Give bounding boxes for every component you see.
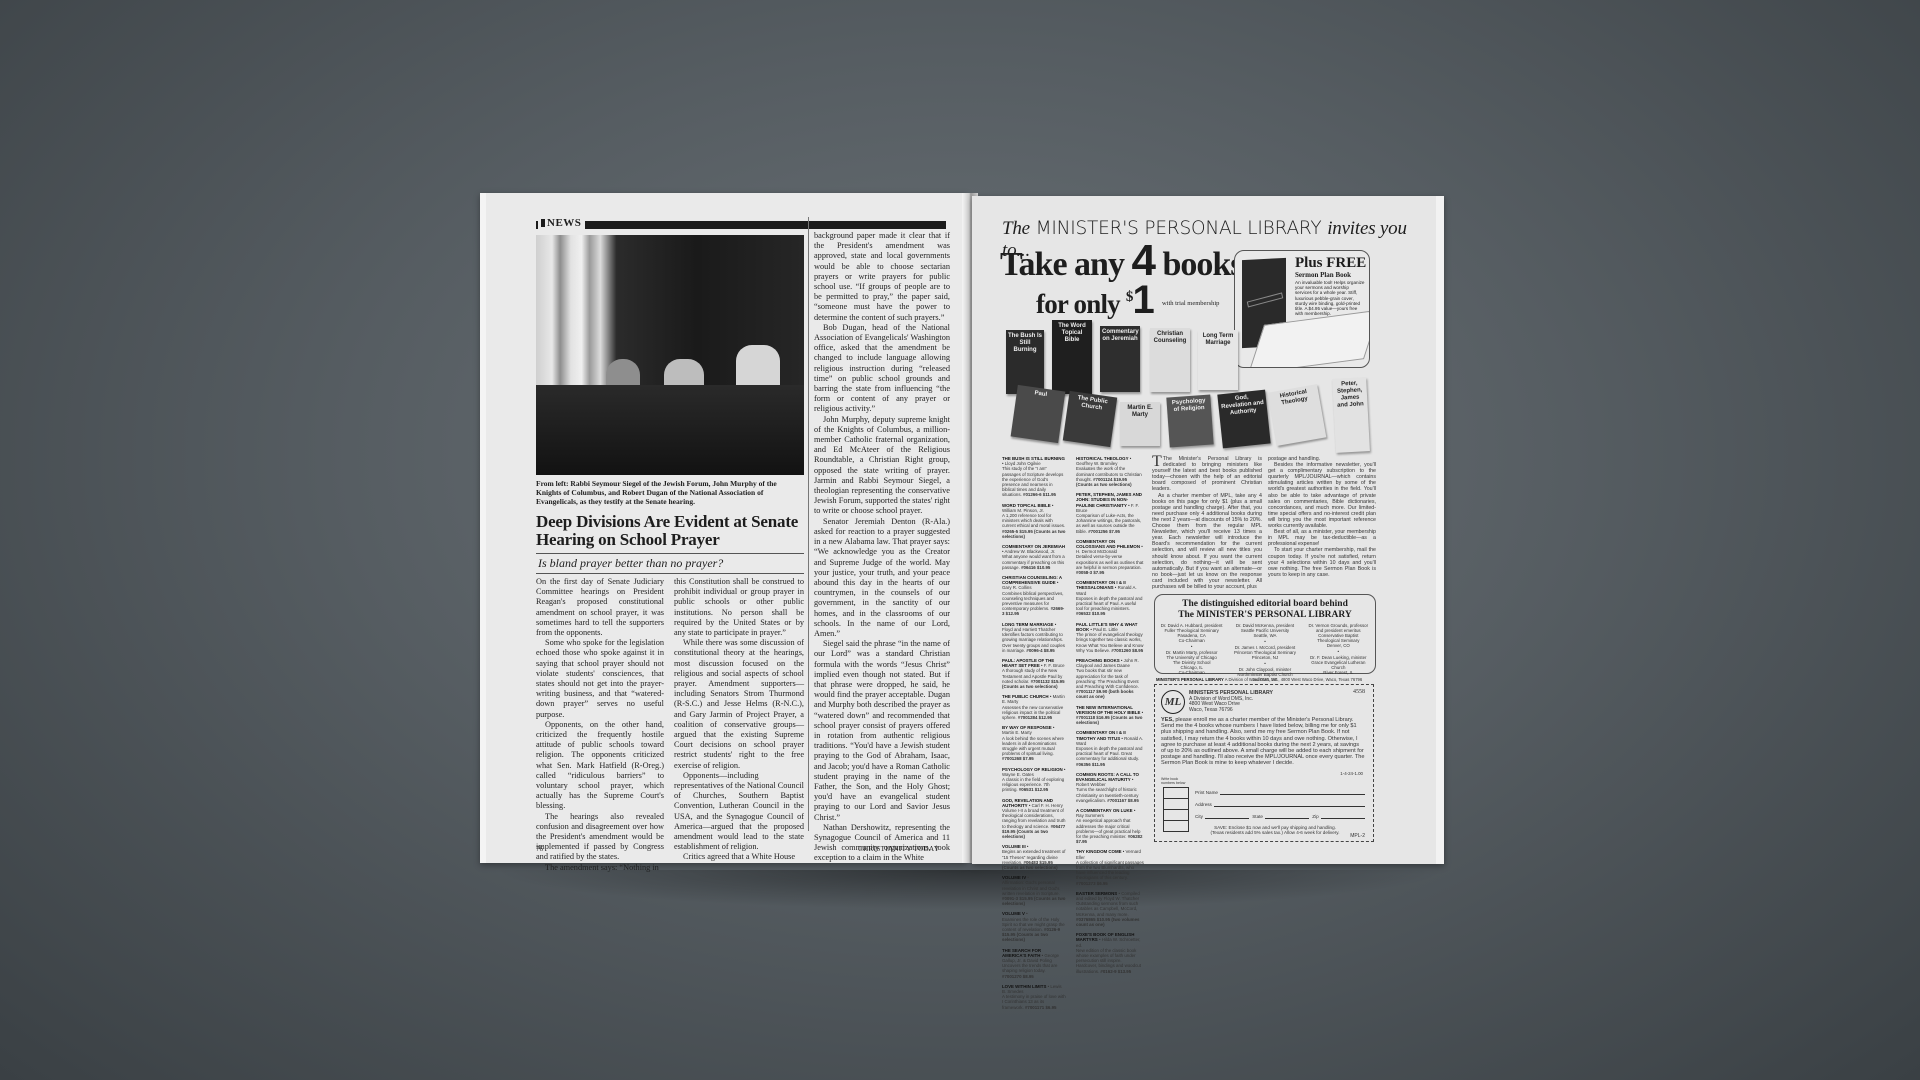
board-member: Dr. David A. Hubbard, president Fuller T… [1159, 623, 1225, 643]
separator: • [1305, 649, 1371, 654]
book-list-item: Volume III • Begins an extended treatmen… [1002, 844, 1066, 870]
book-description: A 1,200 reference tool for ministers whi… [1002, 513, 1065, 528]
book-number: #7001268 $7.95 [1002, 756, 1034, 761]
board-column: Dr. Vernon Grounds, professor and presid… [1305, 623, 1371, 682]
book-cover: The Bush Is Still Burning [1006, 330, 1044, 394]
book-number: #06416 $10.95 [1021, 565, 1050, 570]
coupon-terms: YES, please enroll me as a charter membe… [1161, 717, 1365, 767]
book-description: Uncovers the trends that are shaping rel… [1002, 963, 1057, 973]
field-label: Zip [1312, 814, 1318, 819]
board-member: Dr. F. Dean Lueking, minister Grace Evan… [1305, 655, 1371, 675]
separator: • [1232, 639, 1298, 644]
paragraph: Nathan Dershowitz, representing the Syna… [814, 823, 950, 864]
book-list-item: Paul: Apostle of the Heart Set Free • F.… [1002, 658, 1066, 689]
book-number: #0058-3 $7.95 [1076, 570, 1104, 575]
order-coupon[interactable]: ML MINISTER'S PERSONAL LIBRARY A Divisio… [1154, 684, 1374, 842]
magazine-name: CHRISTIANITY TODAY [858, 845, 939, 853]
paragraph: On the first day of Senate Judiciary Com… [536, 577, 664, 638]
board-member: Dr. Martin Marty, professor The Universi… [1159, 650, 1225, 675]
ad-header-the: The [1002, 218, 1030, 239]
coupon-small-code: 1-4-24-1.00 [1340, 771, 1363, 776]
book-list-item: Common Roots: A Call to Evangelical Matu… [1076, 772, 1144, 803]
coupon-org-block: MINISTER'S PERSONAL LIBRARY A Division o… [1189, 691, 1273, 713]
hearing-table [536, 385, 804, 475]
address-input-line[interactable] [1214, 801, 1365, 807]
article-headline: Deep Divisions Are Evident at Senate Hea… [536, 513, 804, 549]
hearing-photo [536, 235, 804, 475]
book-list-item: Long Term Marriage • Floyd and Harriett … [1002, 622, 1066, 653]
board-column: Dr. David A. Hubbard, president Fuller T… [1159, 623, 1225, 682]
book-list-item: A Commentary on Luke • Ray SummersAn exe… [1076, 808, 1144, 844]
article-deck: Is bland prayer better than no prayer? [538, 556, 804, 571]
book-number: #7001260 $8.95 [1111, 648, 1143, 653]
paragraph: The hearings also revealed confusion and… [536, 812, 664, 863]
offer-text: books [1162, 246, 1242, 283]
paragraph: Some who spoke for the legislation echoe… [536, 638, 664, 720]
book-numbers-label: Write book numbers below [1161, 777, 1187, 785]
paragraph: John Murphy, deputy supreme knight of th… [814, 415, 950, 517]
book-title: Common Roots: A Call to Evangelical Matu… [1076, 772, 1139, 782]
right-page-advertisement: The MINISTER'S PERSONAL LIBRARY invites … [972, 196, 1444, 864]
board-members: Dr. David A. Hubbard, president Fuller T… [1155, 623, 1375, 682]
coupon-org-line: Waco, Texas 76796 [1189, 707, 1233, 713]
book-number: #0096-4 $8.95 [1026, 648, 1054, 653]
book-description: Detailed verse-by-verse expositions as w… [1076, 554, 1143, 569]
paragraph: While there was some discussion of const… [674, 638, 804, 771]
book-title: The Search for America's Faith [1002, 948, 1041, 958]
book-title: Commentary on Colossians and Philemon [1076, 539, 1140, 549]
book-cover: Martin E. Marty [1120, 402, 1160, 446]
paragraph: Siegel said the phrase “in the name of o… [814, 639, 950, 823]
form-id: MPL-2 [1350, 833, 1365, 839]
deck-rule-bottom [536, 573, 804, 574]
book-number: #0265-5 $15.95 (Counts as two selections… [1002, 529, 1065, 539]
book-list-item: Christian Counseling: A Comprehensive Gu… [1002, 575, 1066, 617]
book-number: #06356 $11.95 [1076, 762, 1105, 767]
board-member: Dr. James I. McCord, president Princeton… [1232, 645, 1298, 660]
separator: • [1232, 661, 1298, 666]
magazine-shadow [490, 870, 1450, 910]
book-description: Outstanding sermons from such notables a… [1076, 901, 1138, 916]
coupon-terms-text: please enroll me as a charter member of … [1161, 717, 1365, 766]
book-title: Christian Counseling: A Comprehensive Gu… [1002, 575, 1062, 585]
book-cover: Historical Theology [1268, 384, 1327, 446]
book-list-item: Thy Kingdom Come • Vernard EllerA collec… [1076, 849, 1144, 885]
free-subtitle: Sermon Plan Book [1295, 271, 1351, 279]
paragraph: background paper made it clear that if t… [814, 231, 950, 323]
state-input-line[interactable] [1265, 813, 1309, 819]
paragraph: Bob Dugan, head of the National Associat… [814, 323, 950, 415]
section-rule [536, 221, 946, 229]
book-number: #7001117 $9.90 (both books count as one) [1076, 689, 1134, 699]
membership-intro-column-2: postage and handling. Besides the inform… [1268, 456, 1376, 578]
book-list-item: Word Topical Bible • William M. Pinson, … [1002, 503, 1066, 539]
book-list-item: Volume V • Examines the role of the Holy… [1002, 911, 1066, 942]
book-cover: Paul [1011, 385, 1066, 443]
book-list-item: Preaching Books • John R. Claypool and J… [1076, 658, 1144, 700]
book-number: #7001167 $8.95 [1107, 798, 1139, 803]
coupon-code-number: 4558 [1353, 689, 1365, 695]
book-list-item: God, Revelation and Authority • Carl F. … [1002, 798, 1066, 840]
paragraph: The amendment says: “Nothing in [536, 863, 664, 873]
book-title: Commentary on I & II Timothy and Titus [1076, 730, 1126, 740]
book-list-item: By Way of Response • Martin E. MartyA lo… [1002, 725, 1066, 761]
field-label: City [1195, 814, 1203, 819]
offer-headline: Take any 4 books [1000, 244, 1243, 282]
publisher-address-line: MINISTER'S PERSONAL LIBRARY A Division o… [1156, 677, 1362, 682]
book-title: The New International Version of the Hol… [1076, 705, 1140, 715]
book-description: Two books that stir new appreciation for… [1076, 668, 1139, 689]
ml-logo-icon: ML [1161, 690, 1185, 714]
paragraph: Opponents—including representatives of t… [674, 771, 804, 853]
publisher-address: A Division of Word DMS, Inc., 4800 West … [1225, 677, 1362, 682]
paragraph: Best of all, as a minister, your members… [1268, 529, 1376, 547]
publisher-name: MINISTER'S PERSONAL LIBRARY [1156, 677, 1224, 682]
book-number-boxes [1163, 787, 1189, 831]
paragraph-text: The Minister's Personal Library is dedic… [1152, 456, 1262, 492]
book-cover: Christian Counseling [1150, 328, 1190, 392]
book-list-item: Historical Theology • Geoffrey W. Bromil… [1076, 456, 1144, 487]
book-list-item: Love Within Limits • Lewis B. SmedesA te… [1002, 984, 1066, 1010]
column-rule [808, 217, 809, 831]
article-column-1: On the first day of Senate Judiciary Com… [536, 577, 664, 873]
book-number: #0376865 $10.95 (two volumes count as on… [1076, 917, 1139, 927]
book-covers-display: The Bush Is Still Burning The Word Topic… [1002, 316, 1402, 456]
board-title: The distinguished editorial board behind… [1155, 599, 1375, 620]
free-description: An invaluable tool! Helps organize your … [1295, 280, 1365, 316]
article-column-3: background paper made it clear that if t… [814, 231, 950, 864]
dollar-sign: $ [1126, 289, 1133, 305]
separator: • [1159, 644, 1225, 649]
save-note: SAVE: Enclose $1 now and we'll pay shipp… [1195, 825, 1355, 836]
paragraph: TThe Minister's Personal Library is dedi… [1152, 456, 1262, 493]
book-list-item: Volume IV • Affirmation: God's personal … [1002, 875, 1066, 906]
paragraph: To start your charter membership, mail t… [1268, 547, 1376, 577]
book-description: A collection of significant passages fro… [1076, 860, 1144, 881]
book-number: #7001284 $12.95 [1018, 715, 1052, 720]
book-description: A look behind the scenes where leaders i… [1002, 736, 1064, 757]
photo-caption: From left: Rabbi Seymour Siegel of the J… [536, 479, 804, 506]
book-cover: Peter, Stephen, James and John [1332, 377, 1370, 453]
book-number: #7001273 $6.95 [1076, 881, 1108, 886]
field-label: Print Name [1195, 790, 1218, 795]
field-label: State [1252, 814, 1263, 819]
book-cover: God, Revelation and Authority [1217, 390, 1270, 449]
city-input-line[interactable] [1205, 813, 1249, 819]
book-description: Exposes in depth the pastoral and practi… [1076, 746, 1142, 761]
paragraph: Senator Jeremiah Denton (R-Ala.) asked f… [814, 517, 950, 639]
book-list-item: The Bush Is Still Burning • Lloyd John O… [1002, 456, 1066, 498]
city-state-zip-field[interactable]: City State Zip [1195, 813, 1365, 819]
offer-note: with trial membership [1162, 300, 1219, 307]
field-label: Address [1195, 802, 1212, 807]
membership-intro-column-1: TThe Minister's Personal Library is dedi… [1152, 456, 1262, 590]
book-number: #7001270 $8.95 [1002, 974, 1034, 979]
free-title: Plus FREE [1295, 255, 1366, 272]
book-list-item: Commentary on I & II Thessalonians • Ron… [1076, 580, 1144, 616]
paragraph: this Constitution shall be construed to … [674, 577, 804, 638]
editorial-board-box: The distinguished editorial board behind… [1154, 594, 1376, 674]
paragraph: Besides the informative newsletter, you'… [1268, 462, 1376, 529]
board-member: Dr. David McKenna, president Seattle Pac… [1232, 623, 1298, 638]
book-number: #7001118 $16.95 (Counts as two selection… [1076, 715, 1142, 725]
drop-cap: T [1152, 456, 1162, 468]
book-list-column-2: Historical Theology • Geoffrey W. Bromil… [1076, 456, 1144, 979]
book-description: Affirmation: God's personal revelation i… [1002, 880, 1060, 895]
zip-input-line[interactable] [1321, 813, 1365, 819]
coupon-yes: YES, [1161, 717, 1174, 723]
book-list-item: Easter Sermons • Compiled and edited by … [1076, 891, 1144, 927]
book-list-item: Peter, Stephen, James and John: Studies … [1076, 492, 1144, 534]
book-number: #7001256 $7.95 [1088, 529, 1120, 534]
book-number: #06532 $10.95 [1076, 611, 1105, 616]
book-number: #0162-9 $13.95 [1100, 969, 1131, 974]
left-page: NEWS From left: Rabbi Seymour Siegel of … [480, 193, 967, 863]
print-name-field[interactable]: Print Name [1195, 789, 1365, 795]
article-column-2: this Constitution shall be construed to … [674, 577, 804, 863]
offer-text: for only [1036, 289, 1120, 319]
book-list-item: The New International Version of the Hol… [1076, 705, 1144, 726]
book-list-item: The Public Church • Martin E. MartyAsses… [1002, 694, 1066, 720]
book-number: #06531 $12.95 [1019, 787, 1048, 792]
ad-header-name: MINISTER'S PERSONAL LIBRARY [1036, 218, 1322, 239]
save-line: (Texas residents add 5% sales tax.) Allo… [1195, 830, 1355, 835]
book-list-item: Psychology of Religion • Wayne E. OatesA… [1002, 767, 1066, 793]
board-member: Dr. Vernon Grounds, professor and presid… [1305, 623, 1371, 648]
book-number: #0091-3 $15.95 (Counts as two selections… [1002, 896, 1065, 906]
paragraph: As a charter member of MPL, take any 4 b… [1152, 493, 1262, 591]
book-list-item: Paul Little's Why & What Book • Paul E. … [1076, 622, 1144, 653]
book-cover: The Public Church [1063, 391, 1117, 447]
book-number: #7001171 $6.95 [1025, 1005, 1057, 1010]
book-list-item: Commentary on Colossians and Philemon • … [1076, 539, 1144, 575]
deck-rule-top [536, 553, 804, 554]
book-list-column-1: The Bush Is Still Burning • Lloyd John O… [1002, 456, 1066, 1015]
book-cover: Psychology of Religion [1166, 395, 1213, 448]
book-list-item: The Search for America's Faith • George … [1002, 948, 1066, 979]
book-list-item: Commentary on I & II Timothy and Titus •… [1076, 730, 1144, 766]
address-field[interactable]: Address [1195, 801, 1365, 807]
board-title-line: The MINISTER'S PERSONAL LIBRARY [1155, 610, 1375, 621]
board-column: Dr. David McKenna, president Seattle Pac… [1232, 623, 1298, 682]
book-list-item: Foxe's Book of English Martyrs • Hilda W… [1076, 932, 1144, 974]
book-cover: The Word Topical Bible [1052, 320, 1092, 394]
board-title-line: The distinguished editorial board behind [1155, 599, 1375, 610]
paragraph: Critics agreed that a White House [674, 852, 804, 862]
book-description: Exposes in depth the pastoral and practi… [1076, 596, 1142, 611]
book-cover: Commentary on Jeremiah [1100, 326, 1140, 392]
book-list-item: Commentary on Jeremiah • Andrew W. Black… [1002, 544, 1066, 570]
book-number-box-4[interactable] [1163, 820, 1189, 832]
book-cover: Long Term Marriage [1198, 330, 1238, 390]
section-label: NEWS [538, 217, 585, 229]
name-input-line[interactable] [1220, 789, 1365, 795]
page-number: 76 [536, 845, 543, 853]
paragraph: Opponents, on the other hand, criticized… [536, 720, 664, 812]
book-number: #01266-6 $11.95 [1023, 492, 1056, 497]
